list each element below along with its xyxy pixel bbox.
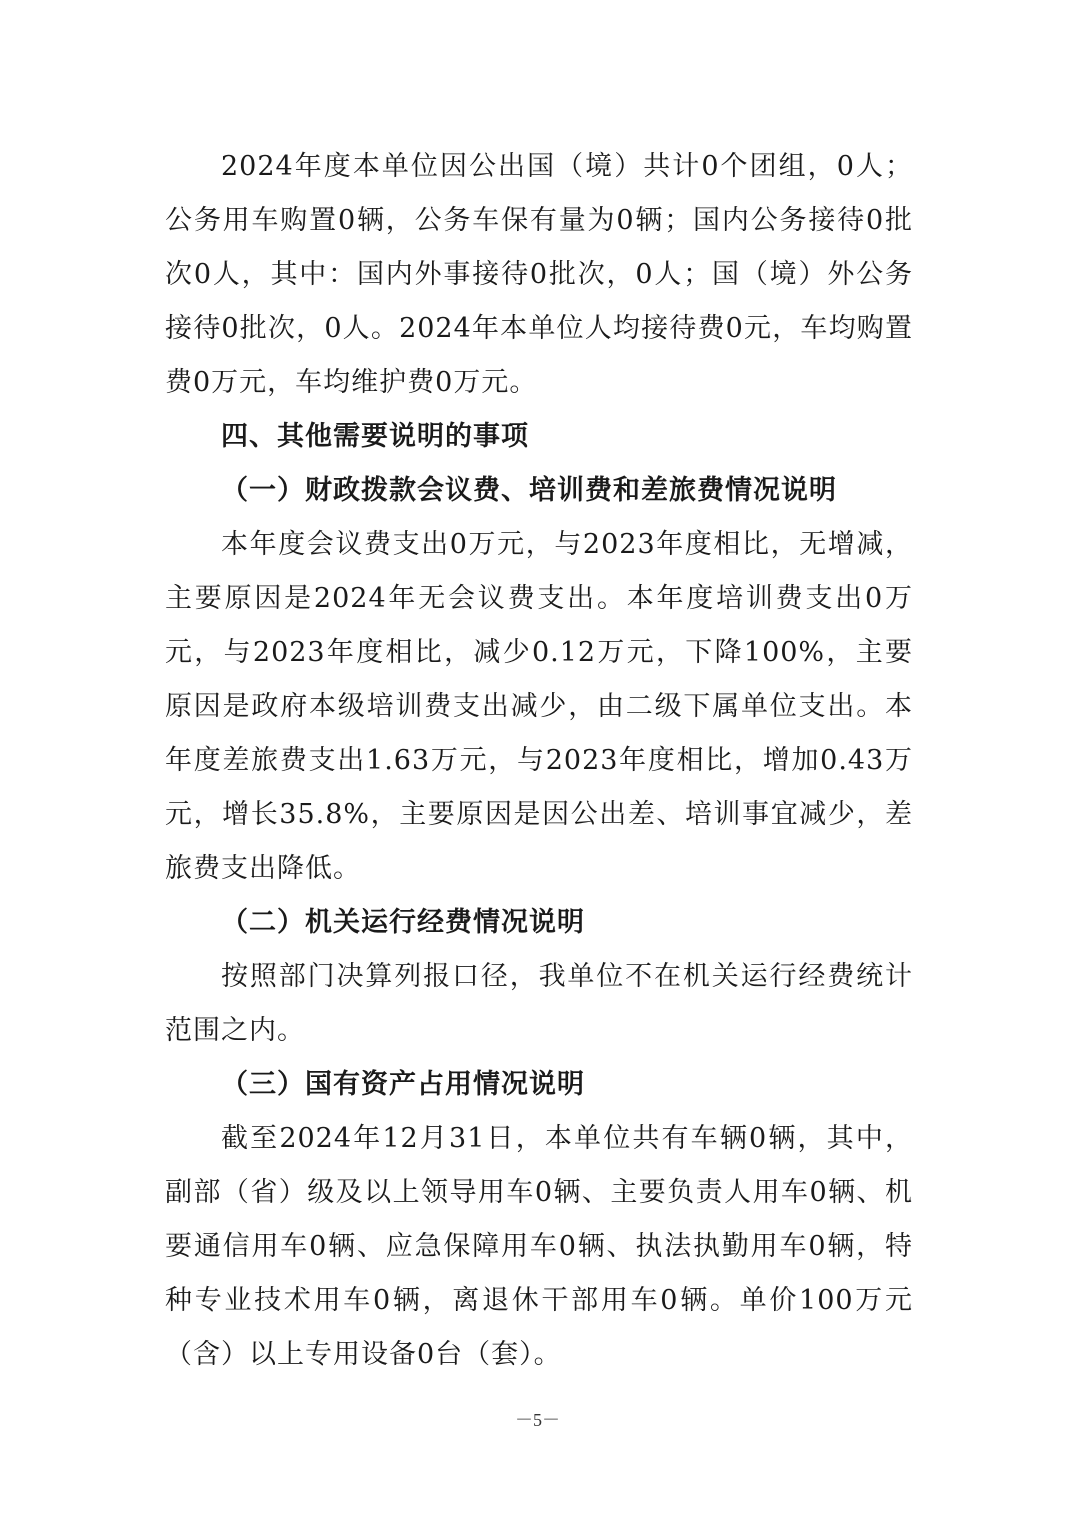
paragraph-state-assets: 截至2024年12月31日，本单位共有车辆0辆，其中，副部（省）级及以上领导用车… (165, 1112, 913, 1382)
document-page: 2024年度本单位因公出国（境）共计0个团组，0人；公务用车购置0辆，公务车保有… (165, 140, 913, 1382)
paragraph-overseas-reception: 2024年度本单位因公出国（境）共计0个团组，0人；公务用车购置0辆，公务车保有… (165, 140, 913, 410)
page-number: －5－ (0, 1406, 1075, 1432)
paragraph-meeting-training-travel: 本年度会议费支出0万元，与2023年度相比，无增减，主要原因是2024年无会议费… (165, 518, 913, 896)
paragraph-operating-expenses: 按照部门决算列报口径，我单位不在机关运行经费统计范围之内。 (165, 950, 913, 1058)
subsection-heading-operating-expenses: （二）机关运行经费情况说明 (165, 896, 913, 950)
section-heading-other-matters: 四、其他需要说明的事项 (165, 410, 913, 464)
subsection-heading-meeting-training-travel: （一）财政拨款会议费、培训费和差旅费情况说明 (165, 464, 913, 518)
subsection-heading-state-assets: （三）国有资产占用情况说明 (165, 1058, 913, 1112)
